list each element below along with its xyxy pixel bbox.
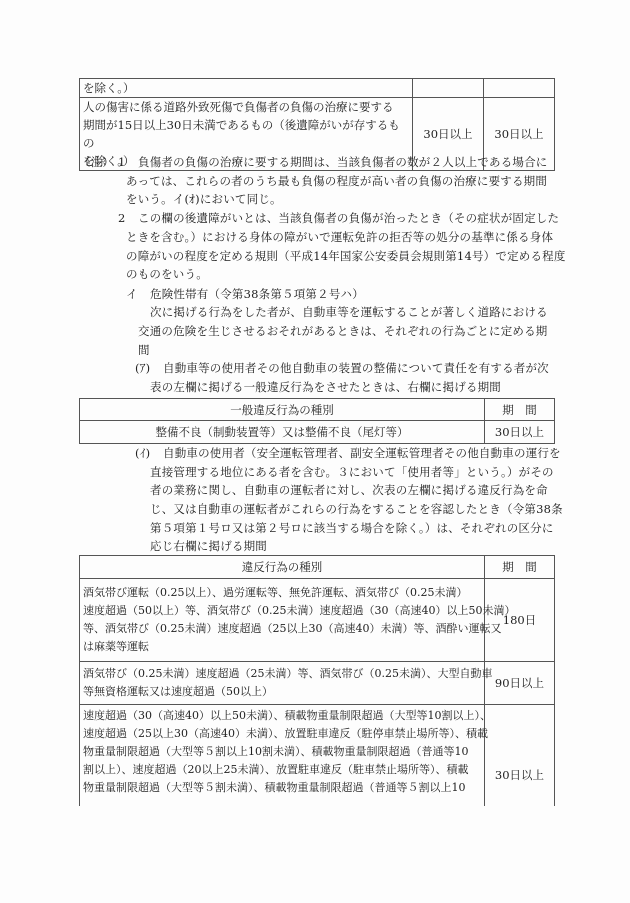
item-b-line: 直接管理する地位にある者を含む。３において「使用者等」という。）がその: [150, 463, 554, 481]
note-1-line: をいう。イ(ｵ)において同じ。: [126, 190, 282, 208]
desc-line: 割以上）、速度超過（20以上25未満）、放置駐車違反（駐車禁止場所等）、積載: [83, 761, 481, 779]
notes-label: （注）: [79, 153, 114, 171]
table-row: 酒気帯び運転（0.25以上）、過労運転等、無免許運転、酒気帯び（0.25未満） …: [80, 579, 555, 662]
section-marker: イ: [126, 285, 138, 303]
item-a-line: 自動車等の使用者その他自動車の装置の整備について責任を有する者が次: [163, 359, 549, 377]
column-header-period: 期 間: [485, 399, 555, 421]
item-b-marker: (ｲ): [135, 444, 150, 462]
column-header-violation-type: 違反行為の種別: [80, 556, 485, 579]
desc-line: 物重量制限超過（大型等５割未満）、積載物重量制限超過（普通等５割以上10: [83, 779, 481, 797]
desc-line: 人の傷害に係る道路外致死傷で負傷者の負傷の治療に要する: [83, 98, 409, 116]
table-header-row: 違反行為の種別 期 間: [80, 556, 555, 579]
column-header-violation-type: 一般違反行為の種別: [80, 399, 485, 421]
desc-line: 物重量制限超過（大型等５割以上10割未満）、積載物重量制限超過（普通等10: [83, 743, 481, 761]
desc-line: 期間が15日以上30日未満であるもの（後遺障がいが存するもの: [83, 116, 409, 152]
note-2-number: 2: [118, 209, 126, 227]
table-cell-desc: 整備不良（制動装置等）又は整備不良（尾灯等）: [80, 421, 485, 444]
item-b-line: 自動車の使用者（安全運転管理者、副安全運転管理者その他自動車の運行を: [163, 444, 561, 462]
note-2-line: この欄の後遺障がいとは、当該負傷者の負傷が治ったとき（その症状が固定した: [138, 209, 559, 227]
column-header-period: 期 間: [485, 556, 555, 579]
desc-line: 速度超過（50以上）等、酒気帯び（0.25未満）速度超過（30（高速40）以上5…: [83, 602, 481, 620]
table-cell-period-a: [413, 79, 484, 98]
desc-line: 等無資格運転又は速度超過（50以上）: [83, 683, 481, 701]
table-row: 整備不良（制動装置等）又は整備不良（尾灯等） 30日以上: [80, 421, 555, 444]
note-1-number: 1: [118, 153, 126, 171]
note-2-line: のものをいう。: [126, 265, 208, 283]
note-2-line: の障がいの程度を定める規則（平成14年国家公安委員会規則第14号）で定める程度: [126, 247, 566, 265]
table-cell-period: 180日: [485, 579, 555, 662]
note-2-line: ときを含む。）における身体の障がいで運転免許の拒否等の処分の基準に係る身体: [126, 228, 553, 246]
item-a-line: 表の左欄に掲げる一般違反行為をさせたときは、右欄に掲げる期間: [150, 378, 501, 396]
note-1-line: あっては、これらの者のうち最も負傷の程度が高い者の負傷の治療に要する期間: [126, 172, 547, 190]
desc-line: 速度超過（25以上30（高速40）未満）、放置駐車違反（駐停車禁止場所等）、積載: [83, 725, 481, 743]
section-intro-line: 次に掲げる行為をした者が、自動車等を運転することが著しく道路における: [150, 303, 548, 321]
table-row: を除く。）: [80, 79, 555, 98]
table-cell-period-b: [484, 79, 555, 98]
desc-line: 酒気帯び（0.25未満）速度超過（25未満）等、酒気帯び（0.25未満）、大型自…: [83, 665, 481, 683]
table-cell-desc: 酒気帯び運転（0.25以上）、過労運転等、無免許運転、酒気帯び（0.25未満） …: [80, 579, 485, 662]
section-intro-line: 間: [138, 341, 150, 359]
table-row: 酒気帯び（0.25未満）速度超過（25未満）等、酒気帯び（0.25未満）、大型自…: [80, 662, 555, 705]
desc-line: 等、酒気帯び（0.25未満）速度超過（25以上30（高速40）未満）等、酒酔い運…: [83, 620, 481, 638]
section-intro-line: 交通の危険を生じさせるおそれがあるときは、それぞれの行為ごとに定める期: [138, 322, 548, 340]
table-cell-period: 30日以上: [485, 705, 555, 806]
item-b-line: じ、又は自動車の運転者がこれらの行為をすることを容認したとき（令第38条: [150, 500, 563, 518]
table-row: 速度超過（30（高速40）以上50未満）、積載物重量制限超過（大型等10割以上）…: [80, 705, 555, 806]
table-cell-desc: を除く。）: [80, 79, 413, 98]
item-b-line: 第５項第１号ロ又は第２号ロに該当する場合を除く。）は、それぞれの区分に: [150, 519, 554, 537]
note-1-line: 負傷者の負傷の治療に要する期間は、当該負傷者の数が２人以上である場合に: [138, 153, 548, 171]
table-cell-period: 90日以上: [485, 662, 555, 705]
section-title: 危険性帯有（令第38条第５項第２号ハ）: [150, 285, 364, 303]
item-b-line: 者の業務に関し、自動車の運転者に対し、次表の左欄に掲げる違反行為を命: [150, 481, 548, 499]
desc-line: は麻薬等運転: [83, 638, 481, 656]
desc-line: 酒気帯び運転（0.25以上）、過労運転等、無免許運転、酒気帯び（0.25未満）: [83, 584, 481, 602]
table-header-row: 一般違反行為の種別 期 間: [80, 399, 555, 421]
table-violation-periods: 違反行為の種別 期 間 酒気帯び運転（0.25以上）、過労運転等、無免許運転、酒…: [79, 555, 555, 806]
table-general-violations: 一般違反行為の種別 期 間 整備不良（制動装置等）又は整備不良（尾灯等） 30日…: [79, 398, 555, 444]
table-cell-desc: 酒気帯び（0.25未満）速度超過（25未満）等、酒気帯び（0.25未満）、大型自…: [80, 662, 485, 705]
table-cell-period: 30日以上: [485, 421, 555, 444]
desc-line: 速度超過（30（高速40）以上50未満）、積載物重量制限超過（大型等10割以上）…: [83, 707, 481, 725]
item-b-line: 応じ右欄に掲げる期間: [150, 537, 267, 555]
table-cell-desc: 速度超過（30（高速40）以上50未満）、積載物重量制限超過（大型等10割以上）…: [80, 705, 485, 806]
item-a-marker: (ｱ): [135, 359, 150, 377]
